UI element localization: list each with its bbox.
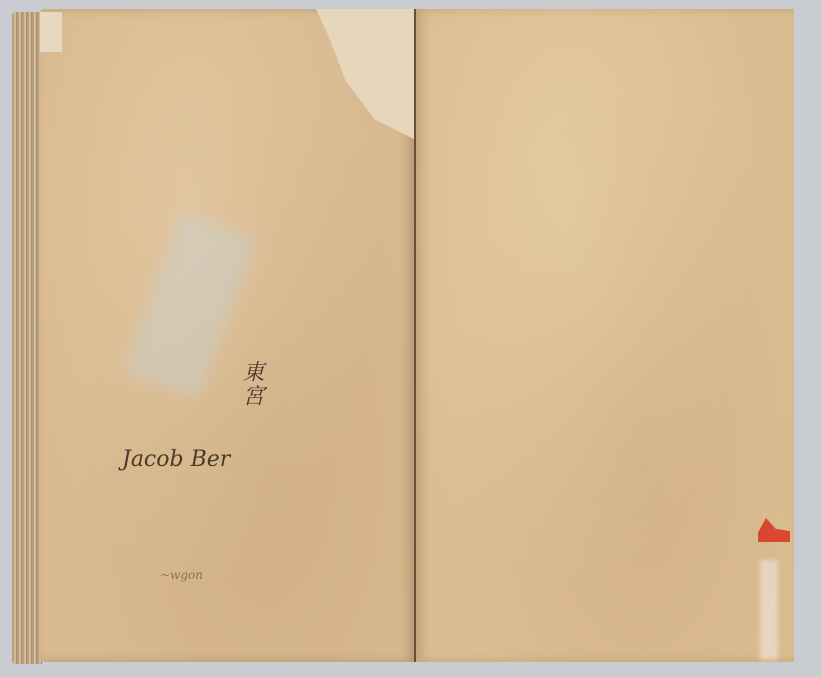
book-spine [414,9,416,662]
paper-repair-patch [40,12,62,52]
open-book: 東宮 Jacob Ber ~wgon [0,0,822,677]
page-edges [12,12,42,664]
paper-tear [760,560,778,660]
left-page [40,9,415,662]
right-page [416,9,794,662]
faint-pencil-note: ~wgon [160,568,203,582]
handwritten-kanji: 東宮 [236,360,267,408]
handwritten-signature: Jacob Ber [122,447,230,472]
